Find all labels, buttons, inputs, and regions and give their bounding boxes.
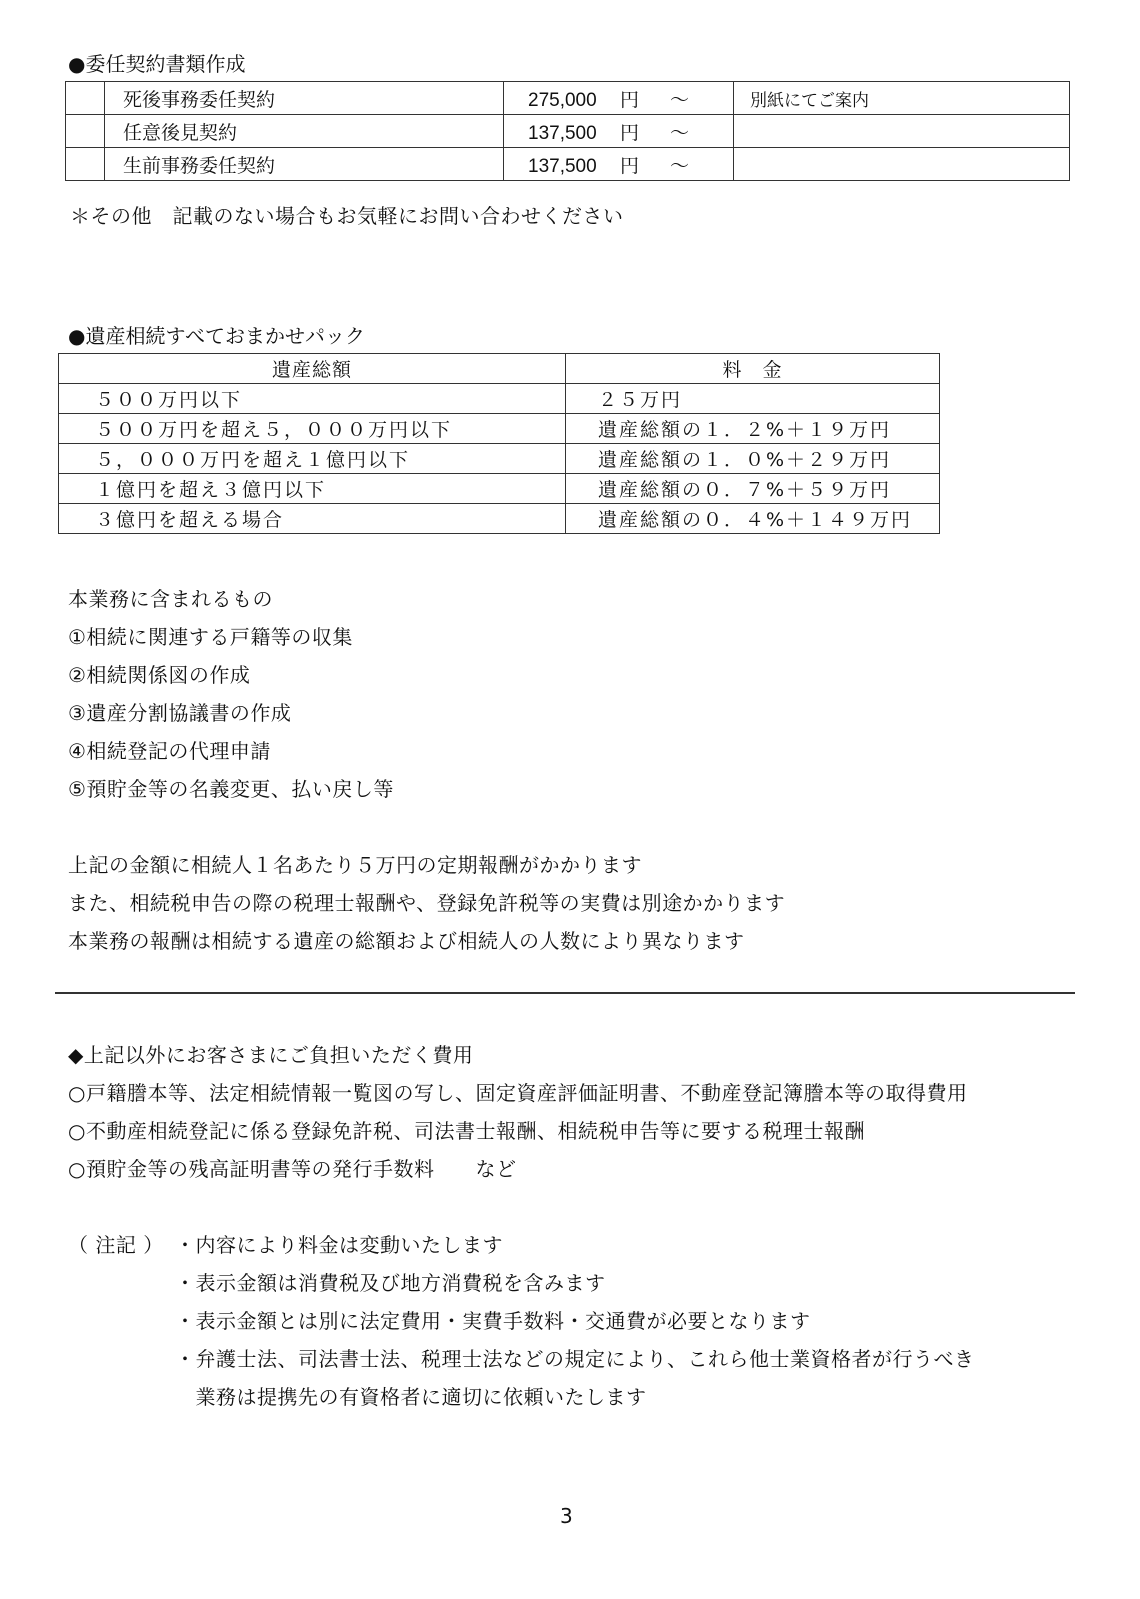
delegation-contract-fee-table: 死後事務委任契約 275,000円～ 別紙にてご案内 任意後見契約 137,50… (65, 81, 1070, 181)
fee-value: 遺産総額の１．２%＋１９万円 (566, 414, 940, 444)
fee-value: 遺産総額の０．４%＋１４９万円 (566, 504, 940, 534)
remark-item: ・内容により料金は変動いたします (175, 1233, 503, 1257)
table-row: ３億円を超える場合 遺産総額の０．４%＋１４９万円 (59, 504, 940, 534)
estate-range: ３億円を超える場合 (59, 504, 566, 534)
included-items-title: 本業務に含まれるもの (68, 587, 273, 611)
contract-note: 別紙にてご案内 (734, 82, 1070, 115)
list-item: ④相続登記の代理申請 (68, 739, 271, 763)
contract-note (734, 115, 1070, 148)
fee-note-line: 本業務の報酬は相続する遺産の総額および相続人の人数により異なります (68, 929, 745, 953)
estate-range: １億円を超え３億円以下 (59, 474, 566, 504)
remarks-label: （ 注記 ） (68, 1233, 164, 1257)
section-title-inheritance-pack: ●遺産相続すべておまかせパック (68, 324, 365, 348)
table-header-row: 遺産総額 料 金 (59, 354, 940, 384)
section-title-delegation-contracts: ●委任契約書類作成 (68, 52, 245, 76)
contract-name: 生前事務委任契約 (105, 148, 504, 181)
table-row: 生前事務委任契約 137,500円～ (66, 148, 1070, 181)
fee-note-line: 上記の金額に相続人１名あたり５万円の定期報酬がかかります (68, 853, 642, 877)
remark-item: ・弁護士法、司法書士法、税理士法などの規定により、これら他士業資格者が行うべき (175, 1347, 975, 1371)
other-inquiry-note: ＊その他 記載のない場合もお気軽にお問い合わせください (70, 204, 624, 228)
fee-value: ２５万円 (566, 384, 940, 414)
list-item: ○不動産相続登記に係る登録免許税、司法書士報酬、相続税申告等に要する税理士報酬 (68, 1119, 865, 1143)
table-row: 死後事務委任契約 275,000円～ 別紙にてご案内 (66, 82, 1070, 115)
table-row: ５，０００万円を超え１億円以下 遺産総額の１．０%＋２９万円 (59, 444, 940, 474)
contract-name: 任意後見契約 (105, 115, 504, 148)
page-number: 3 (560, 1504, 573, 1528)
list-item: ○戸籍謄本等、法定相続情報一覧図の写し、固定資産評価証明書、不動産登記簿謄本等の… (68, 1081, 967, 1105)
inheritance-fee-table: 遺産総額 料 金 ５００万円以下 ２５万円 ５００万円を超え５，０００万円以下 … (58, 353, 940, 534)
fee-value: 遺産総額の１．０%＋２９万円 (566, 444, 940, 474)
list-item: ③遺産分割協議書の作成 (68, 701, 291, 725)
remark-item: ・表示金額は消費税及び地方消費税を含みます (175, 1271, 606, 1295)
contract-name: 死後事務委任契約 (105, 82, 504, 115)
list-item: ⑤預貯金等の名義変更、払い戻し等 (68, 777, 394, 801)
estate-range: ５００万円以下 (59, 384, 566, 414)
estate-range: ５，０００万円を超え１億円以下 (59, 444, 566, 474)
list-item: ①相続に関連する戸籍等の収集 (68, 625, 353, 649)
fee-value: 遺産総額の０．７%＋５９万円 (566, 474, 940, 504)
remark-item: 業務は提携先の有資格者に適切に依頼いたします (175, 1385, 647, 1409)
remark-item: ・表示金額とは別に法定費用・実費手数料・交通費が必要となります (175, 1309, 811, 1333)
table-row: 任意後見契約 137,500円～ (66, 115, 1070, 148)
table-row: ５００万円を超え５，０００万円以下 遺産総額の１．２%＋１９万円 (59, 414, 940, 444)
contract-price: 275,000円～ (504, 82, 734, 115)
fee-note-line: また、相続税申告の際の税理士報酬や、登録免許税等の実費は別途かかります (68, 891, 785, 915)
section-divider (55, 992, 1075, 994)
table-row: １億円を超え３億円以下 遺産総額の０．７%＋５９万円 (59, 474, 940, 504)
estate-range: ５００万円を超え５，０００万円以下 (59, 414, 566, 444)
contract-note (734, 148, 1070, 181)
header-estate-total: 遺産総額 (59, 354, 566, 384)
header-fee: 料 金 (566, 354, 940, 384)
list-item: ②相続関係図の作成 (68, 663, 250, 687)
list-item: ○預貯金等の残高証明書等の発行手数料 など (68, 1157, 516, 1181)
contract-price: 137,500円～ (504, 115, 734, 148)
table-row: ５００万円以下 ２５万円 (59, 384, 940, 414)
extra-costs-title: ◆上記以外にお客さまにご負担いただく費用 (68, 1043, 473, 1067)
contract-price: 137,500円～ (504, 148, 734, 181)
